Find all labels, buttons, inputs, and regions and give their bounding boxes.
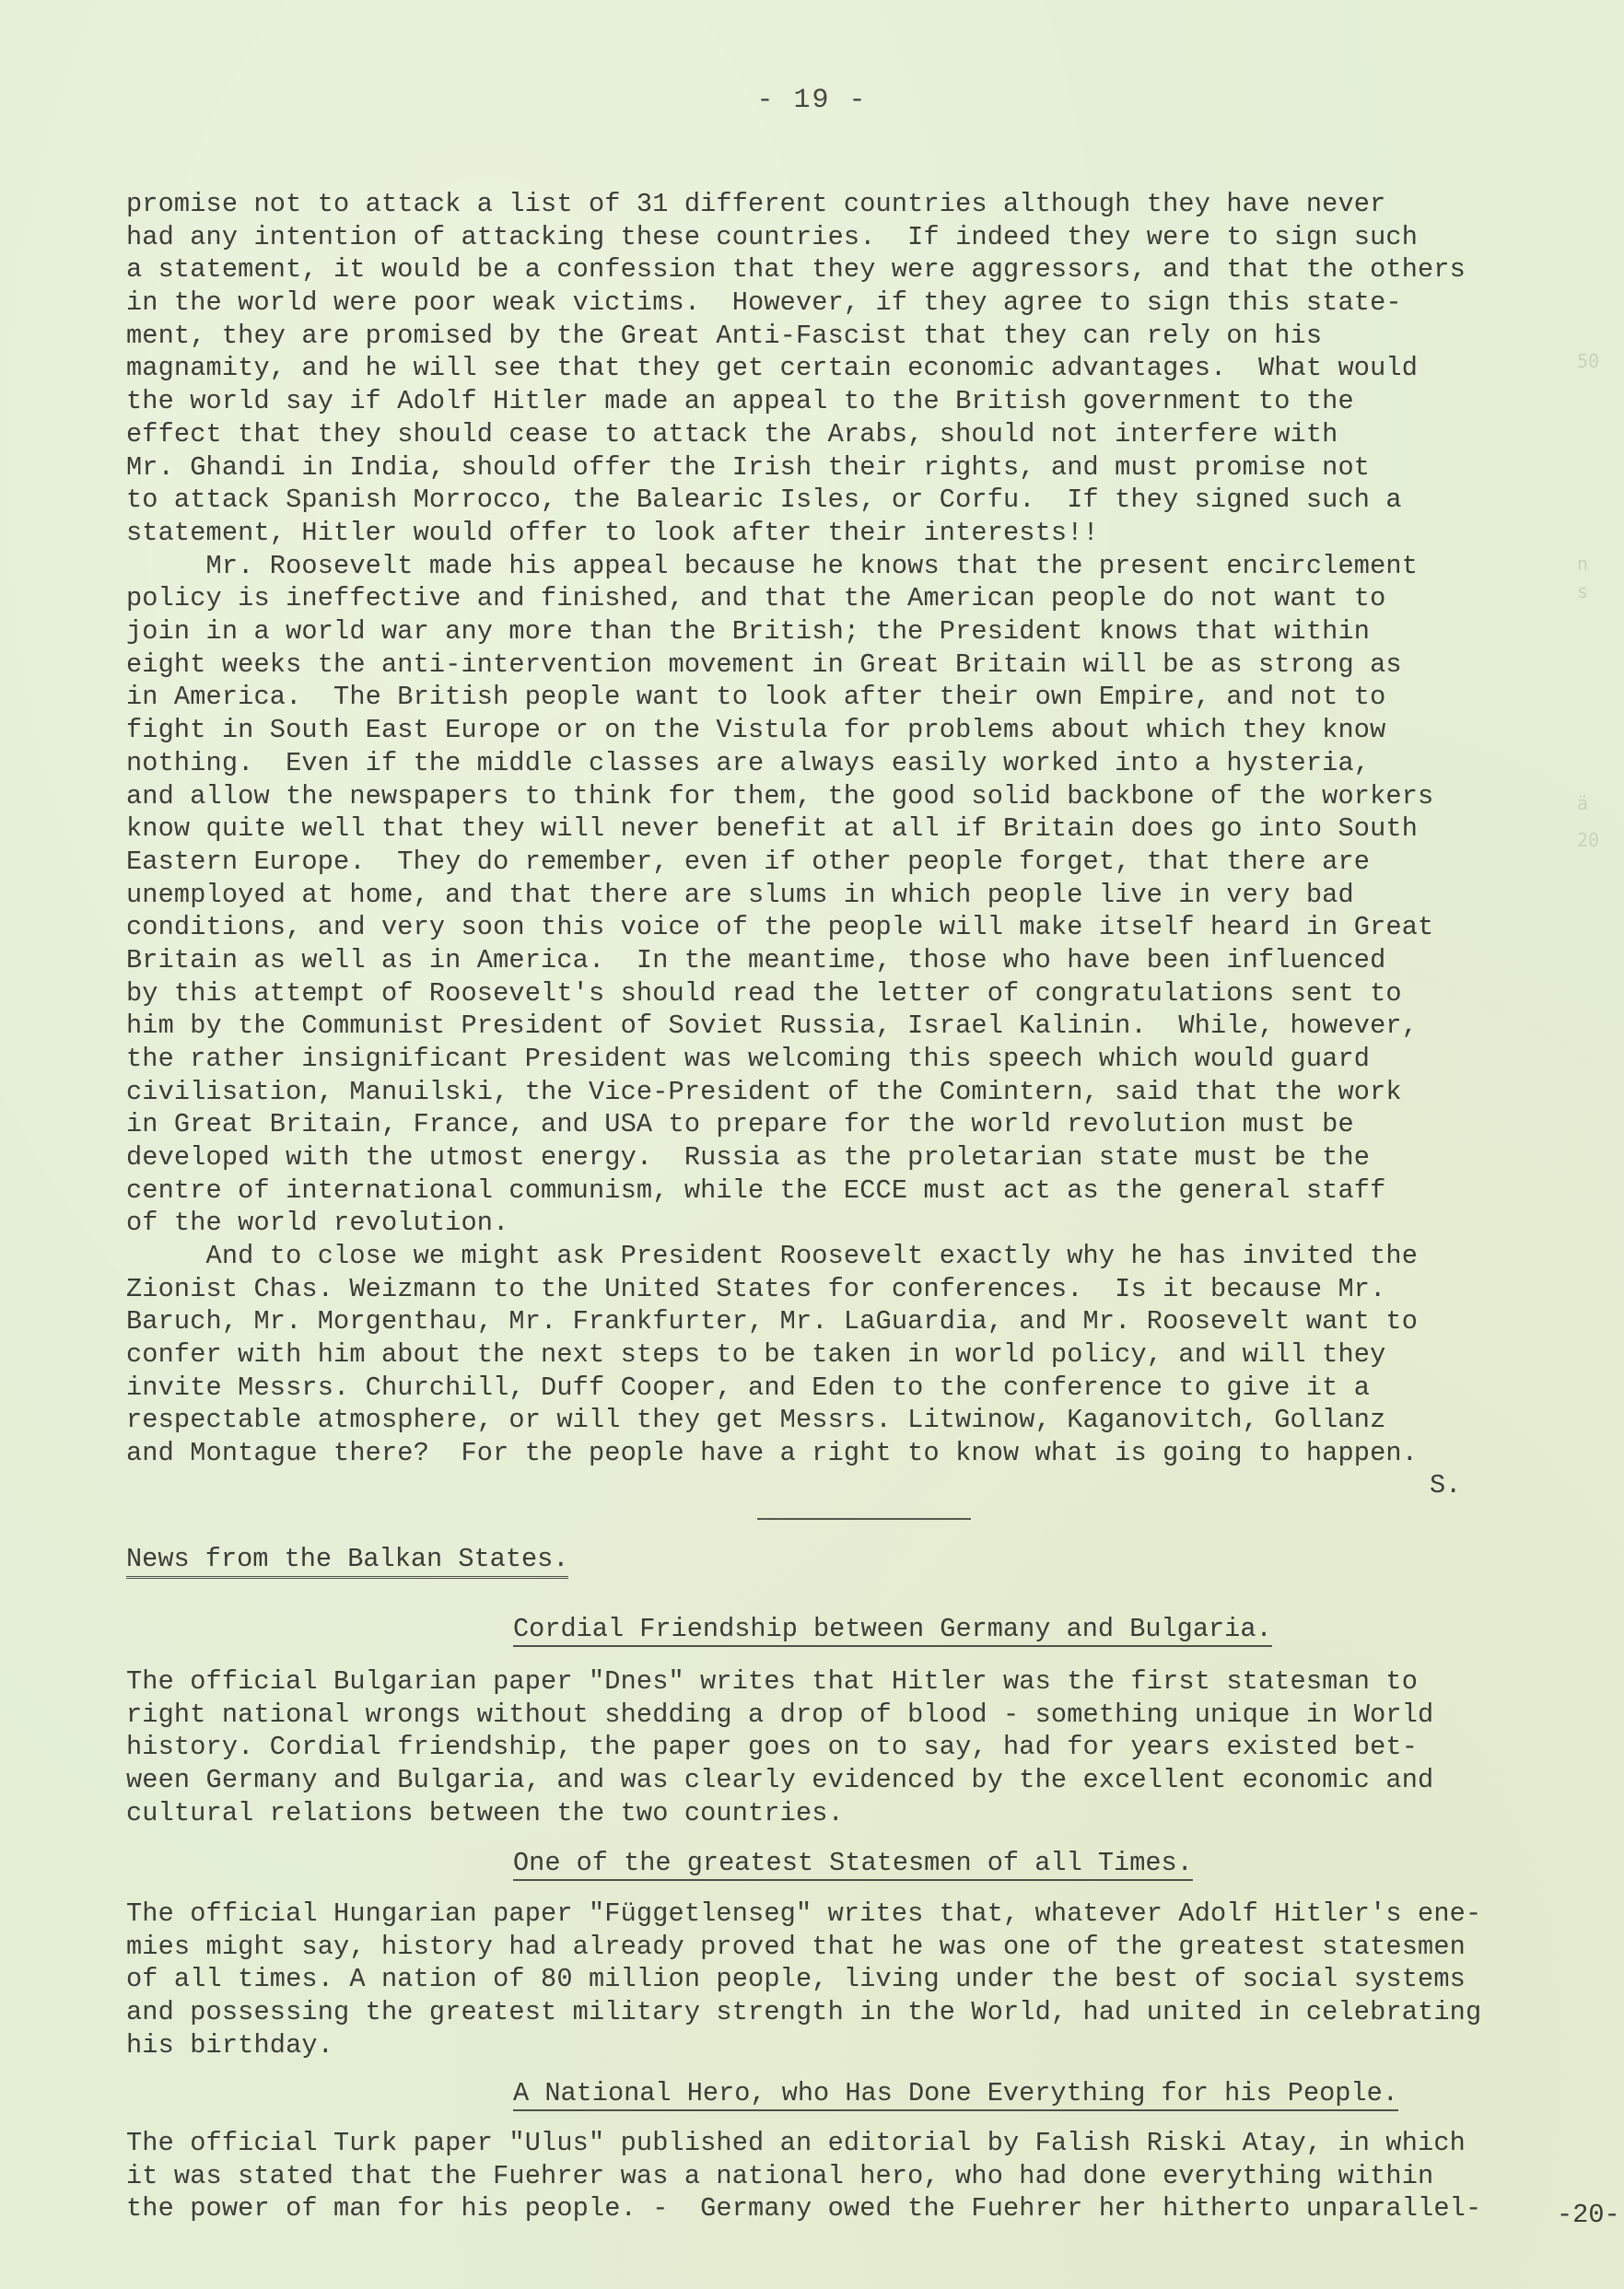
margin-bleed-mark: s [1577, 580, 1588, 602]
text-line: had any intention of attacking these cou… [126, 221, 1466, 254]
text-line: eight weeks the anti-intervention moveme… [126, 648, 1433, 682]
text-line: cultural relations between the two count… [126, 1797, 1433, 1830]
text-line: of the world revolution. [126, 1207, 1433, 1240]
text-line: ween Germany and Bulgaria, and was clear… [126, 1764, 1433, 1797]
article-paragraph-1: promise not to attack a list of 31 diffe… [126, 188, 1466, 550]
text-line: The official Turk paper "Ulus" published… [126, 2127, 1481, 2160]
news-item-body: The official Turk paper "Ulus" published… [126, 2127, 1481, 2225]
text-line: And to close we might ask President Roos… [126, 1240, 1418, 1273]
text-line: mies might say, history had already prov… [126, 1931, 1481, 1964]
margin-bleed-mark: n [1577, 553, 1588, 575]
text-line: invite Messrs. Churchill, Duff Cooper, a… [126, 1372, 1418, 1405]
news-item-title: A National Hero, who Has Done Everything… [513, 2078, 1398, 2111]
text-line: a statement, it would be a confession th… [126, 253, 1466, 286]
text-line: him by the Communist President of Soviet… [126, 1010, 1433, 1043]
text-line: Britain as well as in America. In the me… [126, 944, 1433, 977]
section-divider [757, 1518, 971, 1520]
margin-bleed-mark: 20 [1577, 829, 1599, 851]
text-line: in America. The British people want to l… [126, 681, 1433, 714]
text-line: Mr. Ghandi in India, should offer the Ir… [126, 451, 1466, 485]
text-line: The official Hungarian paper "Függetlens… [126, 1898, 1481, 1931]
text-line: developed with the utmost energy. Russia… [126, 1141, 1433, 1174]
text-line: The official Bulgarian paper "Dnes" writ… [126, 1665, 1433, 1699]
text-line: his birthday. [126, 2029, 1481, 2062]
text-line: and possessing the greatest military str… [126, 1996, 1481, 2029]
text-line: Eastern Europe. They do remember, even i… [126, 846, 1433, 879]
text-line: and Montague there? For the people have … [126, 1437, 1418, 1470]
text-line: ment, they are promised by the Great Ant… [126, 320, 1466, 353]
news-item-title: One of the greatest Statesmen of all Tim… [513, 1848, 1193, 1881]
text-line: fight in South East Europe or on the Vis… [126, 714, 1433, 747]
text-line: by this attempt of Roosevelt's should re… [126, 977, 1433, 1010]
text-line: confer with him about the next steps to … [126, 1338, 1418, 1372]
text-line: statement, Hitler would offer to look af… [126, 517, 1466, 550]
text-line: centre of international communism, while… [126, 1174, 1433, 1208]
text-line: join in a world war any more than the Br… [126, 615, 1433, 648]
text-line: know quite well that they will never ben… [126, 812, 1433, 846]
article-paragraph-3: And to close we might ask President Roos… [126, 1240, 1418, 1470]
news-item-body: The official Hungarian paper "Függetlens… [126, 1898, 1481, 2061]
text-line: history. Cordial friendship, the paper g… [126, 1731, 1433, 1764]
text-line: to attack Spanish Morrocco, the Balearic… [126, 484, 1466, 517]
text-line: civilisation, Manuilski, the Vice-Presid… [126, 1076, 1433, 1109]
text-line: effect that they should cease to attack … [126, 418, 1466, 451]
text-line: Baruch, Mr. Morgenthau, Mr. Frankfurter,… [126, 1305, 1418, 1338]
text-line: nothing. Even if the middle classes are … [126, 747, 1433, 780]
margin-bleed-mark: 50 [1577, 350, 1599, 372]
text-line: and allow the newspapers to think for th… [126, 780, 1433, 813]
next-page-marker: -20- [1557, 2200, 1620, 2230]
text-line: magnamity, and he will see that they get… [126, 352, 1466, 385]
text-line: the rather insignificant President was w… [126, 1043, 1433, 1076]
text-line: in Great Britain, France, and USA to pre… [126, 1108, 1433, 1141]
text-line: policy is ineffective and finished, and … [126, 582, 1433, 615]
text-line: Zionist Chas. Weizmann to the United Sta… [126, 1273, 1418, 1306]
text-line: respectable atmosphere, or will they get… [126, 1404, 1418, 1437]
text-line: the world say if Adolf Hitler made an ap… [126, 385, 1466, 418]
text-line: promise not to attack a list of 31 diffe… [126, 188, 1466, 221]
text-line: right national wrongs without shedding a… [126, 1699, 1433, 1732]
text-line: of all times. A nation of 80 million peo… [126, 1963, 1481, 1996]
text-line: unemployed at home, and that there are s… [126, 879, 1433, 912]
section-heading: News from the Balkan States. [126, 1544, 568, 1579]
text-line: it was stated that the Fuehrer was a nat… [126, 2160, 1481, 2193]
text-line: in the world were poor weak victims. How… [126, 286, 1466, 320]
margin-bleed-mark: ä [1577, 792, 1588, 814]
text-line: Mr. Roosevelt made his appeal because he… [126, 550, 1433, 583]
news-item-body: The official Bulgarian paper "Dnes" writ… [126, 1665, 1433, 1829]
news-item-title: Cordial Friendship between Germany and B… [513, 1614, 1272, 1647]
text-line: conditions, and very soon this voice of … [126, 911, 1433, 944]
page-number: - 19 - [0, 85, 1624, 116]
article-signature: S. [1430, 1470, 1461, 1501]
article-paragraph-2: Mr. Roosevelt made his appeal because he… [126, 550, 1433, 1240]
text-line: the power of man for his people. - Germa… [126, 2192, 1481, 2225]
